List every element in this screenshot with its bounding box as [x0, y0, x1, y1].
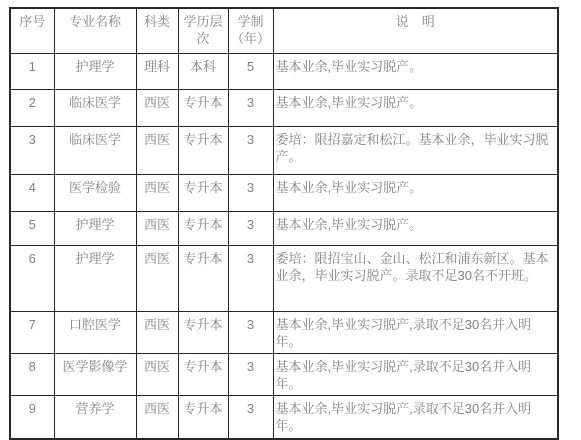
cell-level: 专升本: [178, 89, 228, 126]
majors-table: 序号 专业名称 科类 学历层次 学制（年） 说 明 1 护理学 理科 本科 5 …: [9, 7, 559, 440]
cell-major: 临床医学: [54, 89, 136, 126]
cell-note: 基本业余,毕业实习脱产。: [273, 89, 558, 126]
cell-major: 护理学: [54, 211, 136, 245]
cell-major: 营养学: [54, 395, 136, 439]
cell-major: 口腔医学: [54, 311, 136, 353]
page: { "table": { "headers": { "no": "序号", "m…: [0, 0, 581, 440]
cell-level: 专升本: [178, 353, 228, 395]
table-row: 3 临床医学 西医 专升本 3 委培：限招嘉定和松江。基本业余，毕业实习脱产。: [10, 126, 558, 174]
table-row: 6 护理学 西医 专升本 3 委培：限招宝山、金山、松江和浦东新区。基本业余，毕…: [10, 245, 558, 311]
cell-note: 委培：限招宝山、金山、松江和浦东新区。基本业余，毕业实习脱产。录取不足30名不开…: [273, 245, 558, 311]
cell-category: 西医: [136, 395, 178, 439]
cell-note: 基本业余,毕业实习脱产。: [273, 174, 558, 211]
cell-level: 专升本: [178, 245, 228, 311]
cell-no: 8: [10, 353, 54, 395]
cell-category: 西医: [136, 353, 178, 395]
cell-years: 3: [228, 126, 273, 174]
cell-level: 专升本: [178, 211, 228, 245]
cell-category: 西医: [136, 126, 178, 174]
table-row: 1 护理学 理科 本科 5 基本业余,毕业实习脱产。: [10, 53, 558, 89]
cell-years: 3: [228, 89, 273, 126]
cell-no: 4: [10, 174, 54, 211]
cell-category: 理科: [136, 53, 178, 89]
table-row: 2 临床医学 西医 专升本 3 基本业余,毕业实习脱产。: [10, 89, 558, 126]
table-row: 9 营养学 西医 专升本 3 基本业余,毕业实习脱产,录取不足30名并入明年。: [10, 395, 558, 439]
col-header-major: 专业名称: [54, 8, 136, 53]
cell-no: 6: [10, 245, 54, 311]
cell-note: 基本业余,毕业实习脱产。: [273, 211, 558, 245]
cell-category: 西医: [136, 245, 178, 311]
header-row: 序号 专业名称 科类 学历层次 学制（年） 说 明: [10, 8, 558, 53]
cell-no: 7: [10, 311, 54, 353]
col-header-years: 学制（年）: [228, 8, 273, 53]
cell-note: 基本业余,毕业实习脱产,录取不足30名并入明年。: [273, 311, 558, 353]
cell-no: 2: [10, 89, 54, 126]
cell-years: 3: [228, 211, 273, 245]
cell-years: 5: [228, 53, 273, 89]
cell-years: 3: [228, 174, 273, 211]
cell-level: 本科: [178, 53, 228, 89]
col-header-category: 科类: [136, 8, 178, 53]
cell-category: 西医: [136, 89, 178, 126]
table-row: 8 医学影像学 西医 专升本 3 基本业余,毕业实习脱产,录取不足30名并入明年…: [10, 353, 558, 395]
cell-note: 基本业余,毕业实习脱产,录取不足30名并入明年。: [273, 353, 558, 395]
cell-major: 临床医学: [54, 126, 136, 174]
cell-no: 9: [10, 395, 54, 439]
table-row: 4 医学检验 西医 专升本 3 基本业余,毕业实习脱产。: [10, 174, 558, 211]
cell-category: 西医: [136, 311, 178, 353]
cell-years: 3: [228, 353, 273, 395]
col-header-level: 学历层次: [178, 8, 228, 53]
cell-note: 委培：限招嘉定和松江。基本业余，毕业实习脱产。: [273, 126, 558, 174]
cell-category: 西医: [136, 174, 178, 211]
cell-major: 护理学: [54, 53, 136, 89]
cell-major: 医学影像学: [54, 353, 136, 395]
cell-category: 西医: [136, 211, 178, 245]
cell-note: 基本业余,毕业实习脱产,录取不足30名并入明年。: [273, 395, 558, 439]
col-header-no: 序号: [10, 8, 54, 53]
cell-years: 3: [228, 311, 273, 353]
cell-major: 护理学: [54, 245, 136, 311]
table-row: 7 口腔医学 西医 专升本 3 基本业余,毕业实习脱产,录取不足30名并入明年。: [10, 311, 558, 353]
cell-level: 专升本: [178, 126, 228, 174]
cell-note: 基本业余,毕业实习脱产。: [273, 53, 558, 89]
cell-years: 3: [228, 395, 273, 439]
cell-level: 专升本: [178, 174, 228, 211]
cell-level: 专升本: [178, 311, 228, 353]
cell-major: 医学检验: [54, 174, 136, 211]
cell-years: 3: [228, 245, 273, 311]
cell-no: 5: [10, 211, 54, 245]
table-row: 5 护理学 西医 专升本 3 基本业余,毕业实习脱产。: [10, 211, 558, 245]
cell-no: 3: [10, 126, 54, 174]
col-header-note: 说 明: [273, 8, 558, 53]
cell-level: 专升本: [178, 395, 228, 439]
cell-no: 1: [10, 53, 54, 89]
